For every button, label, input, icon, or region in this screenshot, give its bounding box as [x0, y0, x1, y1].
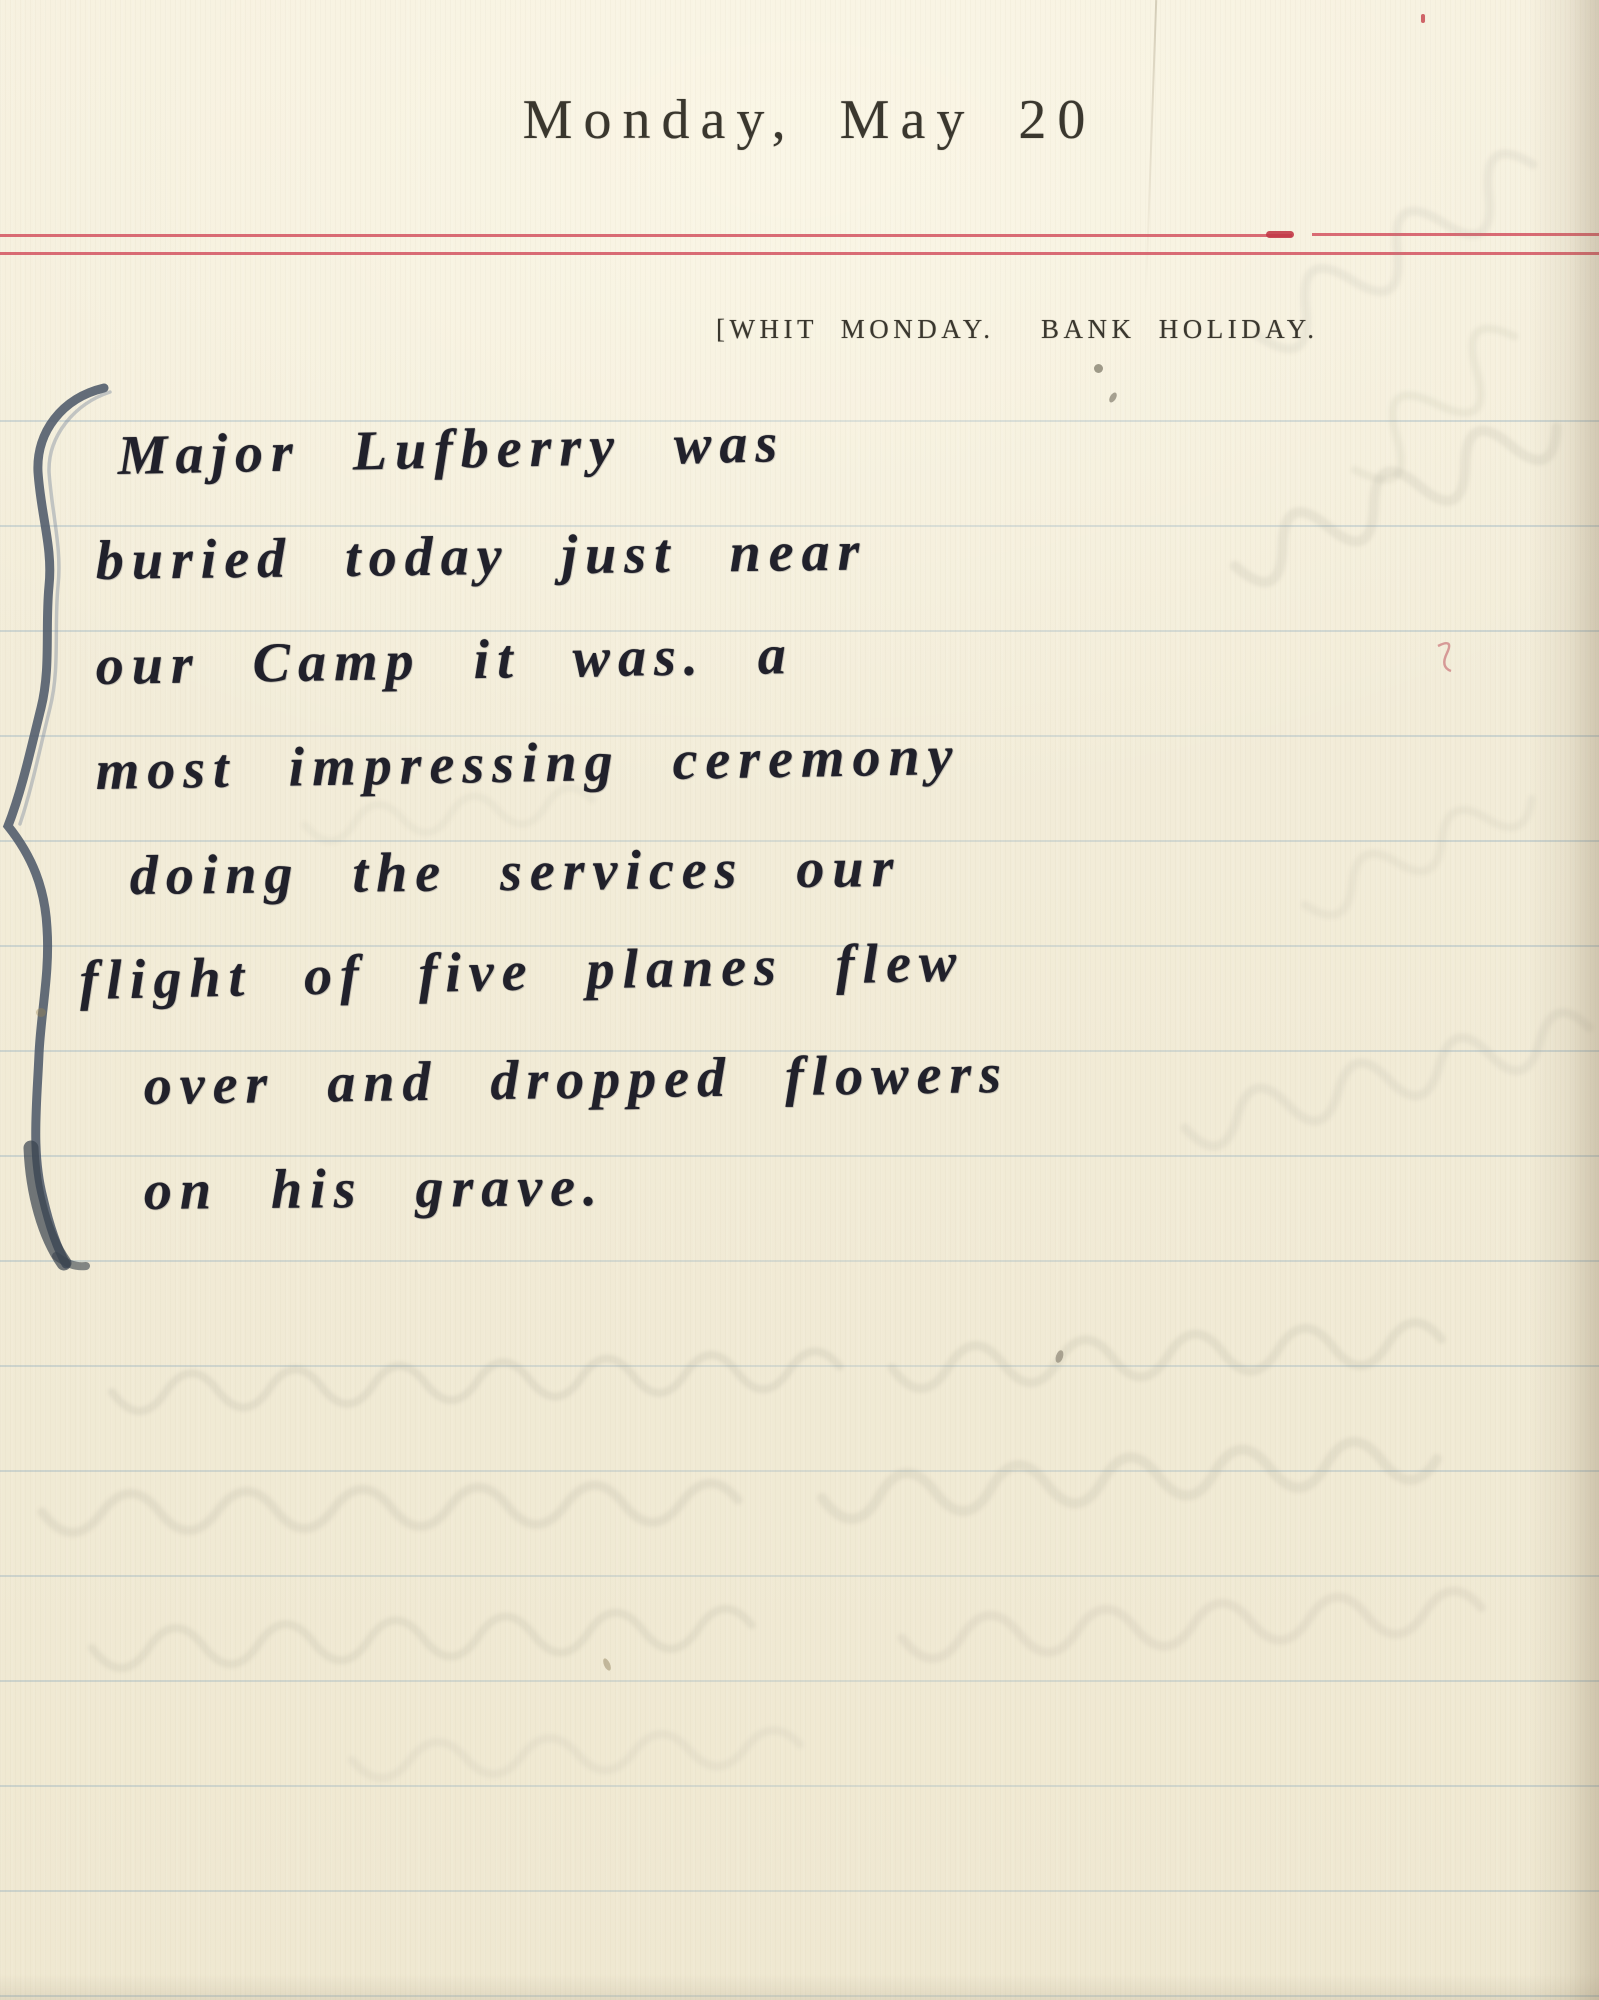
red-ink-speck — [1421, 14, 1425, 23]
ink-smudge — [1094, 364, 1103, 373]
ruled-line — [0, 1365, 1599, 1367]
ruled-line — [0, 1785, 1599, 1787]
ruled-line — [0, 1575, 1599, 1577]
ghost-scribble — [901, 1590, 1482, 1660]
diary-page-scan: { "document": { "date_heading": "Monday,… — [0, 0, 1599, 2000]
ink-smudge — [1108, 391, 1119, 404]
page-edge-shadow — [0, 1974, 1599, 2000]
ghost-scribble — [351, 1729, 800, 1779]
ruled-line — [0, 1680, 1599, 1682]
paper-speck — [602, 1657, 613, 1671]
ghost-scribble — [821, 1436, 1438, 1521]
entry-line: on his grave. — [144, 1147, 1513, 1264]
red-rule-upper-left-segment — [0, 234, 1292, 237]
ruled-line — [0, 1470, 1599, 1472]
paper-stain — [36, 1008, 46, 1017]
ghost-scribble — [891, 1321, 1442, 1390]
ruled-line — [0, 1890, 1599, 1892]
holiday-note: [WHIT MONDAY. BANK HOLIDAY. — [716, 314, 1319, 345]
page-date-heading: Monday, May 20 — [523, 88, 1097, 152]
red-rule-ink-blob — [1266, 231, 1294, 238]
diary-entry: Major Lufberry was buried today just nea… — [92, 424, 1512, 1264]
page-edge-shadow — [1529, 0, 1599, 2000]
ghost-scribble — [42, 1483, 739, 1533]
entry-line: over and dropped flowers — [143, 1035, 1512, 1159]
red-rule-lower — [0, 252, 1599, 255]
ghost-scribble — [91, 1608, 752, 1669]
paper-speck — [1054, 1349, 1065, 1364]
ghost-scribble — [111, 1351, 840, 1412]
entry-line: Major Lufberry was — [117, 397, 1513, 529]
